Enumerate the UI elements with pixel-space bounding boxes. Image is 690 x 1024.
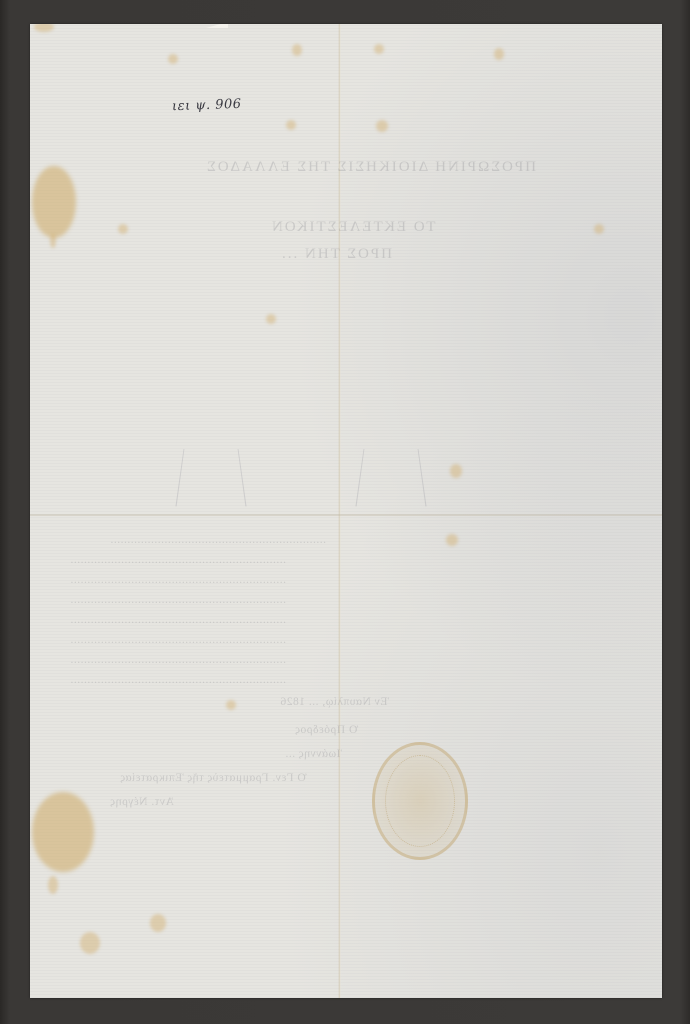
foxing-10 [446, 534, 458, 546]
bleed-signature-negris: Ἀντ. Νέγρης [110, 796, 174, 808]
foxing-11 [226, 700, 236, 710]
stain-drop-3 [150, 914, 166, 932]
bleed-heading-2: ΤΟ ΕΚΤΕΛΕΣΤΙΚΟΝ [270, 219, 436, 236]
foxing-9 [450, 464, 462, 478]
bleed-body-line: ........................................… [70, 574, 286, 586]
stain-drip [50, 234, 56, 248]
seal-inner-ring [385, 755, 455, 847]
foxing-1 [168, 54, 178, 64]
bleed-body-line: ........................................… [70, 674, 286, 686]
bleed-body-line: ........................................… [70, 594, 286, 606]
bleed-body-line: ........................................… [70, 634, 286, 646]
bleed-signature-date: Ἐν Ναυπλίῳ, ... 1826 [280, 696, 389, 708]
stain-left-lower [32, 792, 94, 872]
sketch-mark-left [175, 449, 246, 506]
foxing-6 [376, 120, 388, 132]
foxing-2 [292, 44, 302, 56]
foxing-5 [286, 120, 296, 130]
foxing-8 [266, 314, 276, 324]
bleed-body-line: ........................................… [70, 554, 286, 566]
bleed-heading-1: ΠΡΟΣΩΡΙΝΗ ΔΙΟΙΚΗΣΙΣ ΤΗΣ ΕΛΛΑΔΟΣ [205, 159, 536, 176]
bleed-signature-title: Ὁ Πρόεδρος [295, 724, 358, 736]
foxing-12 [594, 224, 604, 234]
stain-left-upper [32, 166, 76, 238]
stain-drop-1 [48, 876, 58, 894]
bleed-body-line: ........................................… [70, 614, 286, 626]
bleed-heading-3: ΠΡΟΣ ΤΗΝ ... [280, 246, 392, 263]
handwritten-catalog-note: ιει ψ. 906 [172, 97, 242, 114]
document-sheet: ιει ψ. 906 ΠΡΟΣΩΡΙΝΗ ΔΙΟΙΚΗΣΙΣ ΤΗΣ ΕΛΛΑΔ… [30, 24, 662, 998]
sketch-mark-right [355, 449, 426, 506]
horizontal-fold-line [30, 514, 662, 516]
foxing-4 [494, 48, 504, 60]
stain-corner-top [34, 24, 54, 32]
paper-tear [206, 24, 228, 28]
bleed-signature-name: Ἰωάννης ... [285, 748, 342, 760]
foxing-3 [374, 44, 384, 54]
bleed-body-line: ........................................… [110, 534, 326, 546]
stain-drop-2 [80, 932, 100, 954]
bleed-signature-secretary: Ὁ Γεν. Γραμματεὺς τῆς Ἐπικρατείας [120, 772, 307, 784]
foxing-7 [118, 224, 128, 234]
bleed-body-line: ........................................… [70, 654, 286, 666]
oval-seal-stamp [372, 742, 468, 860]
